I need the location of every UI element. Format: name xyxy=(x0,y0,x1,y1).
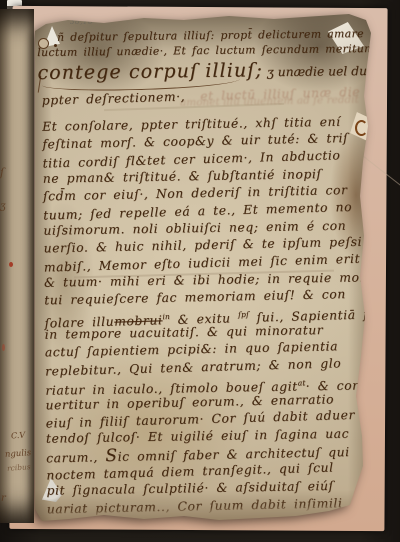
display-script: contege corpuſ illiuſ; xyxy=(37,59,263,84)
text-block: ñ deſpitur ſepultura illiuſ: propt̄ deli… xyxy=(37,9,377,542)
red-ink-smudge xyxy=(2,344,5,351)
parchment-surface: 38,16 amonet illū uiuentem ad ſe reddit … xyxy=(34,11,378,526)
facing-page-edge xyxy=(0,9,34,523)
manuscript-photo: 38,16 amonet illū uiuentem ad ſe reddit … xyxy=(0,0,400,542)
line-3-continuation: ʒ unædie uel duóbuſ xyxy=(263,64,395,80)
margin-note-2: ngulis xyxy=(5,448,32,460)
gutter-mark-2: ʒ xyxy=(0,201,6,212)
erased-text: uæ die xyxy=(395,63,400,78)
margin-note-3: rcibus xyxy=(7,462,31,473)
gutter-mark-3: r xyxy=(1,493,6,504)
interlinear-abbreviation: ſpſ xyxy=(238,310,249,319)
margin-note-1: C.V xyxy=(11,431,26,441)
gutter-mark-1: ſ xyxy=(0,166,4,179)
red-ink-dot xyxy=(9,262,13,267)
enlarged-initial: S xyxy=(105,445,118,465)
parchment-page: 38,16 amonet illū uiuentem ad ſe reddit … xyxy=(34,11,378,526)
erased-text: et luctū illiuſ unæ die xyxy=(185,85,360,104)
